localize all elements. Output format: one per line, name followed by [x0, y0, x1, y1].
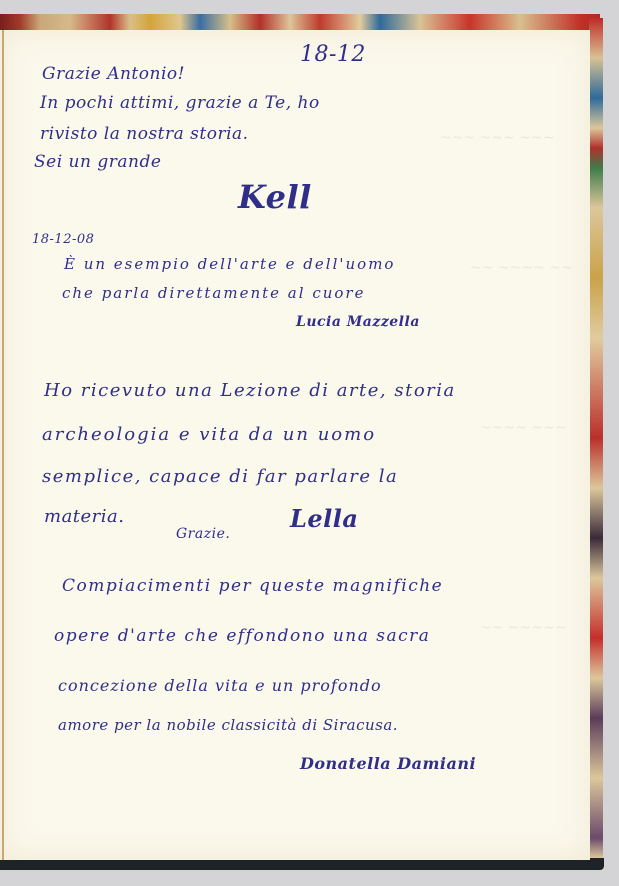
signature: Lella [290, 504, 358, 533]
signature: Kell [238, 178, 312, 216]
entry-line: opere d'arte che effondono una sacra [54, 626, 430, 646]
signature: Donatella Damiani [300, 754, 476, 773]
entry-date: 18-12-08 [32, 232, 94, 247]
book-cover-right-edge [589, 18, 603, 858]
entry-date: 18-12 [300, 42, 366, 67]
entry-line: Ho ricevuto una Lezione di arte, storia [44, 380, 456, 401]
entry-closing: Grazie. [176, 526, 230, 542]
entry-line: semplice, capace di far parlare la [42, 466, 398, 487]
page-binding-edge [2, 30, 4, 860]
entry-line: rivisto la nostra storia. [40, 124, 249, 144]
entry-line: In pochi attimi, grazie a Te, ho [40, 93, 320, 113]
show-through-text: ~~ ~~~~ ~~ [470, 260, 573, 276]
entry-line: Grazie Antonio! [42, 64, 185, 84]
entry-line: È un esempio dell'arte e dell'uomo [64, 255, 395, 273]
entry-line: archeologia e vita da un uomo [42, 424, 376, 445]
signature: Lucia Mazzella [296, 314, 420, 330]
show-through-text: ~~ ~~~~~ [480, 620, 567, 636]
show-through-text: ~~~ ~~~ ~~~ [440, 130, 554, 146]
entry-line: Compiacimenti per queste magnifiche [62, 576, 443, 596]
entry-line: amore per la nobile classicità di Siracu… [58, 716, 398, 734]
entry-line: concezione della vita e un profondo [58, 676, 382, 695]
entry-line: che parla direttamente al cuore [62, 284, 365, 302]
show-through-text: ~~~~ ~~~ [480, 420, 567, 436]
entry-line: materia. [44, 506, 125, 527]
entry-line: Sei un grande [34, 152, 161, 172]
